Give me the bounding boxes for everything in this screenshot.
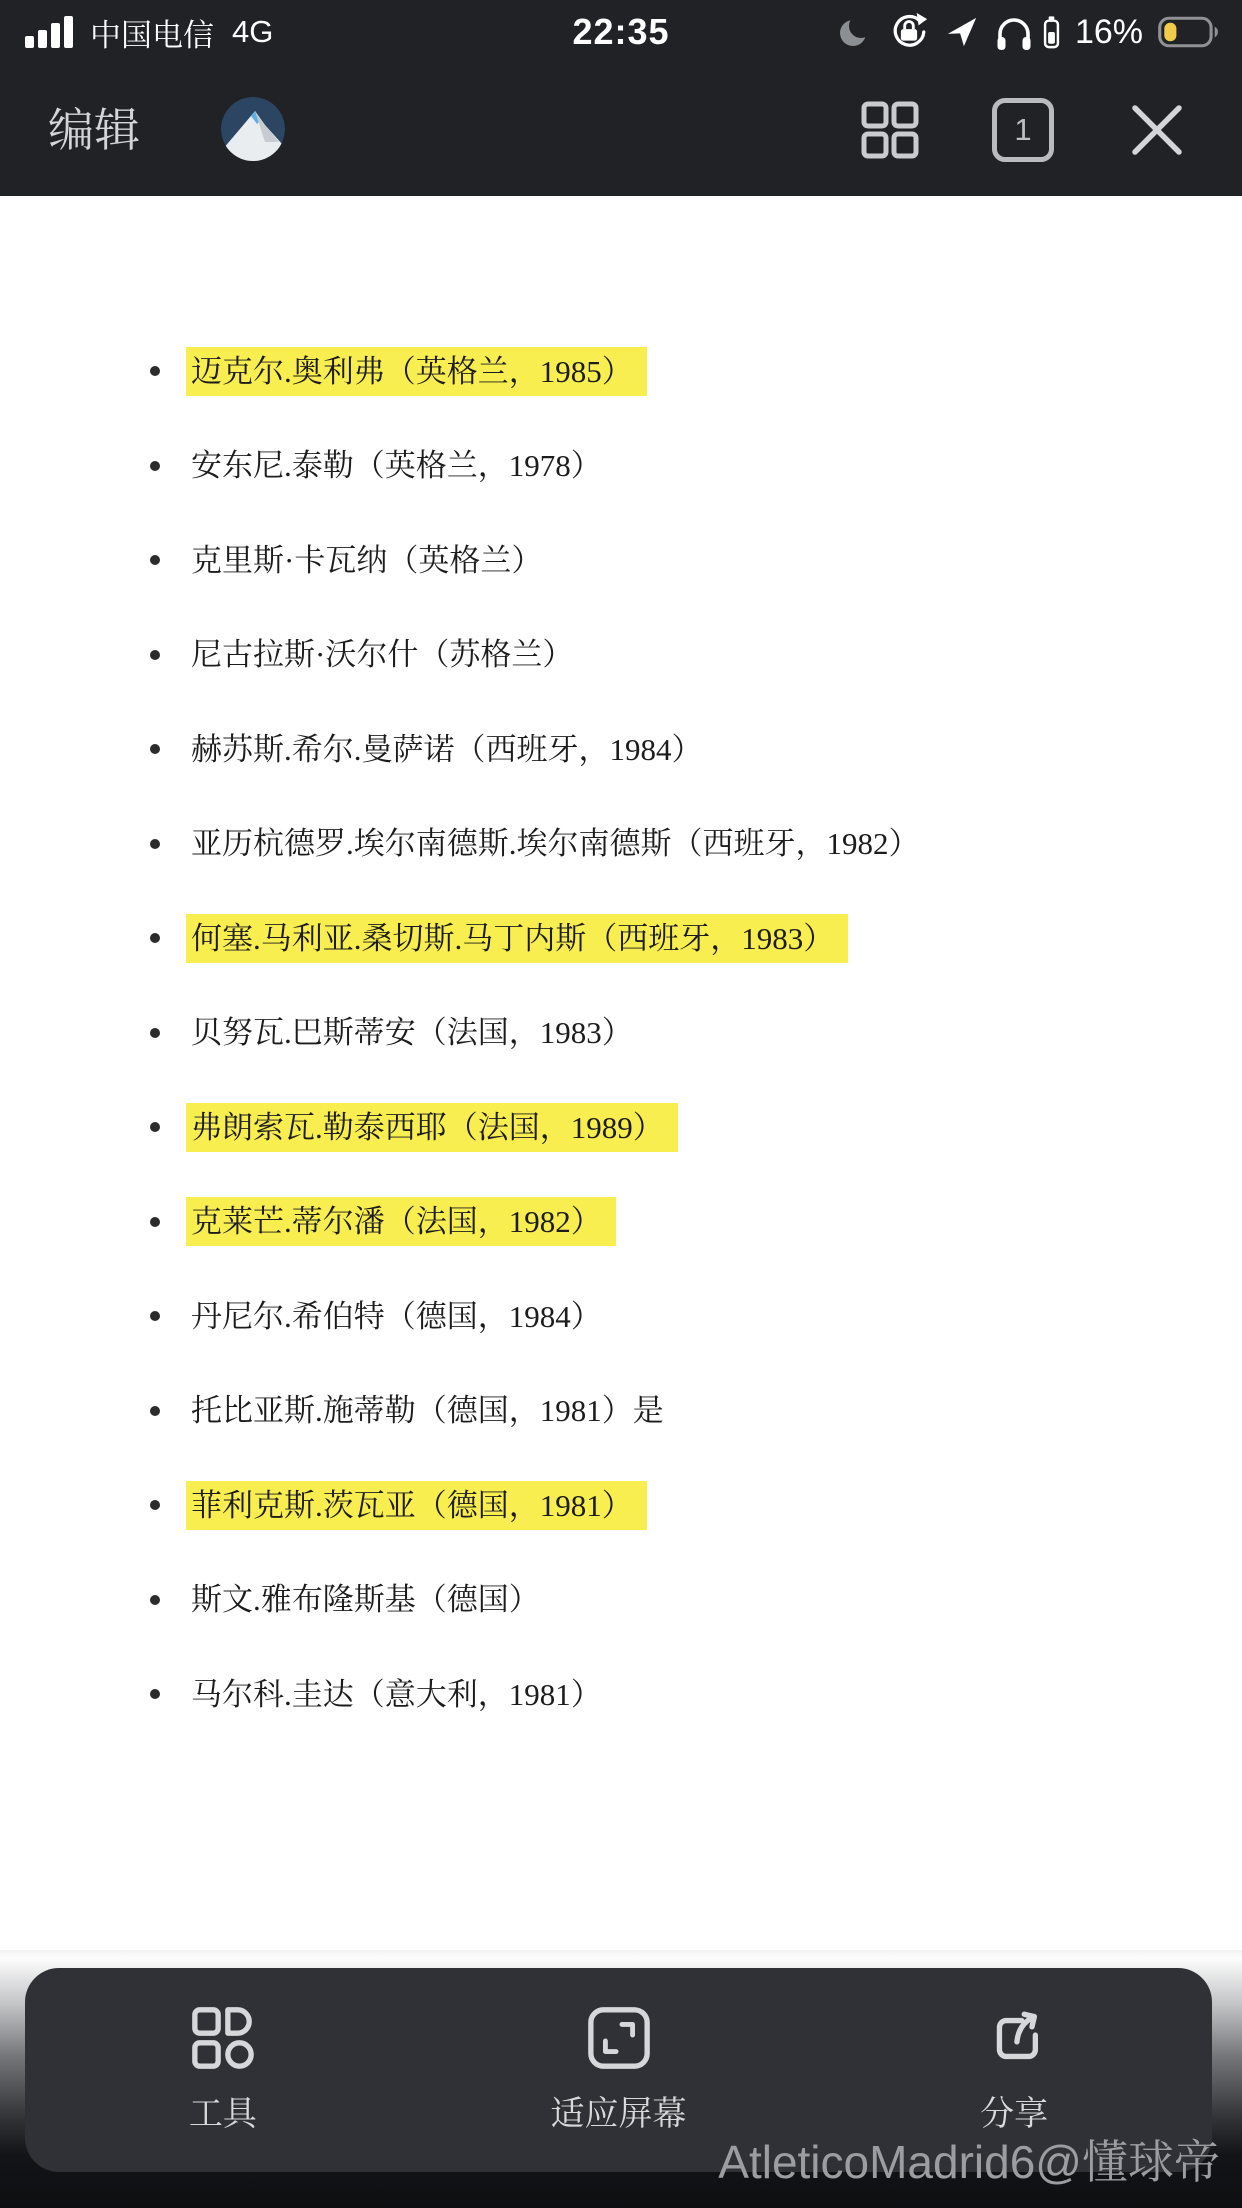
list-item: 托比亚斯.施蒂勒（德国，1981）是 bbox=[150, 1364, 1242, 1459]
bullet-icon bbox=[150, 555, 160, 565]
headphones-battery-icon bbox=[1043, 15, 1060, 49]
bullet-icon bbox=[150, 1217, 160, 1227]
bullet-icon bbox=[150, 1028, 160, 1038]
fit-screen-icon bbox=[586, 2005, 652, 2071]
location-arrow-icon bbox=[945, 15, 979, 49]
referee-entry: 马尔科.圭达（意大利，1981） bbox=[186, 1670, 616, 1719]
bullet-icon bbox=[150, 366, 160, 376]
bullet-icon bbox=[150, 1311, 160, 1321]
grid-view-icon bbox=[860, 100, 920, 160]
referee-entry: 安东尼.泰勒（英格兰，1978） bbox=[186, 441, 616, 490]
bullet-icon bbox=[150, 461, 160, 471]
screen: 中国电信 4G 22:35 bbox=[0, 0, 1242, 2208]
list-item: 马尔科.圭达（意大利，1981） bbox=[150, 1647, 1242, 1742]
referee-entry: 何塞.马利亚.桑切斯.马丁内斯（西班牙，1983） bbox=[186, 914, 848, 963]
list-item: 安东尼.泰勒（英格兰，1978） bbox=[150, 419, 1242, 514]
bullet-icon bbox=[150, 1689, 160, 1699]
referee-entry: 菲利克斯.茨瓦亚（德国，1981） bbox=[186, 1481, 647, 1530]
fit-screen-label: 适应屏幕 bbox=[551, 2086, 687, 2135]
referee-entry: 贝努瓦.巴斯蒂安（法国，1983） bbox=[186, 1008, 647, 1057]
referee-entry: 亚历杭德罗.埃尔南德斯.埃尔南德斯（西班牙，1982） bbox=[186, 819, 934, 868]
list-item: 克莱芒.蒂尔潘（法国，1982） bbox=[150, 1175, 1242, 1270]
bullet-icon bbox=[150, 933, 160, 943]
referee-list: 迈克尔.奥利弗（英格兰，1985）安东尼.泰勒（英格兰，1978）克里斯·卡瓦纳… bbox=[0, 196, 1242, 1742]
referee-entry: 托比亚斯.施蒂勒（德国，1981）是 bbox=[186, 1386, 678, 1435]
list-item: 菲利克斯.茨瓦亚（德国，1981） bbox=[150, 1458, 1242, 1553]
referee-entry: 斯文.雅布隆斯基（德国） bbox=[186, 1575, 554, 1624]
referee-entry: 尼古拉斯·沃尔什（苏格兰） bbox=[186, 630, 587, 679]
page-count-button[interactable]: 1 bbox=[992, 64, 1054, 196]
bullet-icon bbox=[150, 1500, 160, 1510]
battery-percent-label: 16% bbox=[1075, 13, 1143, 52]
bullet-icon bbox=[150, 839, 160, 849]
document-page: 迈克尔.奥利弗（英格兰，1985）安东尼.泰勒（英格兰，1978）克里斯·卡瓦纳… bbox=[0, 196, 1242, 1950]
referee-entry: 迈克尔.奥利弗（英格兰，1985） bbox=[186, 347, 647, 396]
close-icon bbox=[1128, 101, 1186, 159]
top-bar: 中国电信 4G 22:35 bbox=[0, 0, 1242, 196]
bullet-icon bbox=[150, 650, 160, 660]
tools-icon bbox=[190, 2005, 256, 2071]
orientation-lock-icon bbox=[888, 11, 930, 53]
list-item: 贝努瓦.巴斯蒂安（法国，1983） bbox=[150, 986, 1242, 1081]
list-item: 斯文.雅布隆斯基（德国） bbox=[150, 1553, 1242, 1648]
list-item: 克里斯·卡瓦纳（英格兰） bbox=[150, 513, 1242, 608]
referee-entry: 克里斯·卡瓦纳（英格兰） bbox=[186, 536, 556, 585]
edit-button[interactable]: 编辑 bbox=[48, 64, 140, 196]
battery-icon bbox=[1158, 16, 1220, 48]
referee-entry: 弗朗索瓦.勒泰西耶（法国，1989） bbox=[186, 1103, 678, 1152]
footer: 工具 适应屏幕 bbox=[0, 1950, 1242, 2208]
referee-entry: 克莱芒.蒂尔潘（法国，1982） bbox=[186, 1197, 616, 1246]
page-count-label: 1 bbox=[1014, 112, 1031, 148]
referee-entry: 赫苏斯.希尔.曼萨诺（西班牙，1984） bbox=[186, 725, 717, 774]
tools-label: 工具 bbox=[189, 2086, 257, 2135]
mountain-photo bbox=[221, 97, 285, 161]
bullet-icon bbox=[150, 744, 160, 754]
moon-icon bbox=[837, 14, 873, 50]
share-icon bbox=[981, 2005, 1047, 2071]
bullet-icon bbox=[150, 1406, 160, 1416]
list-item: 赫苏斯.希尔.曼萨诺（西班牙，1984） bbox=[150, 702, 1242, 797]
list-item: 亚历杭德罗.埃尔南德斯.埃尔南德斯（西班牙，1982） bbox=[150, 797, 1242, 892]
page-count-badge: 1 bbox=[992, 98, 1054, 162]
headphones-icon bbox=[994, 12, 1034, 52]
watermark: AtleticoMadrid6@懂球帝 bbox=[718, 2126, 1220, 2192]
bullet-icon bbox=[150, 1122, 160, 1132]
grid-view-button[interactable] bbox=[858, 64, 922, 196]
bullet-icon bbox=[150, 1595, 160, 1605]
close-button[interactable] bbox=[1126, 64, 1188, 196]
status-bar: 中国电信 4G 22:35 bbox=[0, 0, 1242, 64]
avatar[interactable] bbox=[221, 97, 285, 161]
app-header: 编辑 bbox=[0, 64, 1242, 196]
list-item: 弗朗索瓦.勒泰西耶（法国，1989） bbox=[150, 1080, 1242, 1175]
status-right: 16% bbox=[837, 0, 1220, 64]
list-item: 丹尼尔.希伯特（德国，1984） bbox=[150, 1269, 1242, 1364]
list-item: 迈克尔.奥利弗（英格兰，1985） bbox=[150, 324, 1242, 419]
list-item: 尼古拉斯·沃尔什（苏格兰） bbox=[150, 608, 1242, 703]
list-item: 何塞.马利亚.桑切斯.马丁内斯（西班牙，1983） bbox=[150, 891, 1242, 986]
referee-entry: 丹尼尔.希伯特（德国，1984） bbox=[186, 1292, 616, 1341]
tools-button[interactable]: 工具 bbox=[25, 1968, 421, 2172]
